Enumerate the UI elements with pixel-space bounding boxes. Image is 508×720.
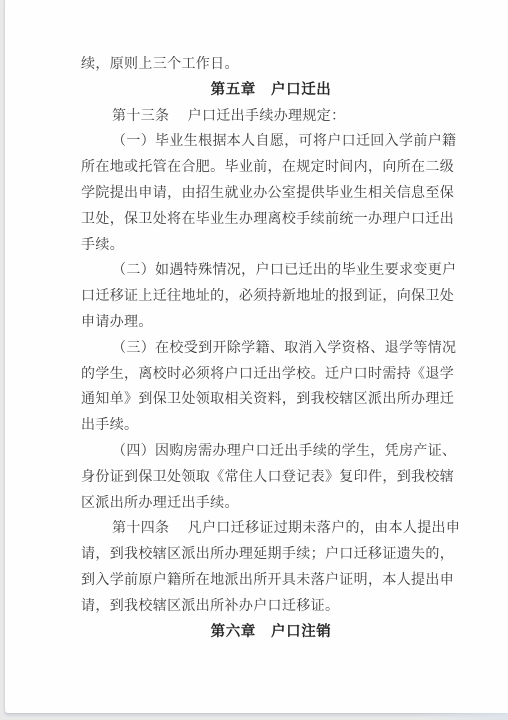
document-page: 续，原则上三个工作日。 第五章 户口迁出 第十三条 户口迁出手续办理规定： （一… — [4, 0, 508, 714]
article-13-title: 第十三条 户口迁出手续办理规定： — [76, 104, 466, 130]
doc-line: 区派出所办理迁出手续。 — [76, 491, 466, 517]
doc-line: 通知单》到保卫处领取相关资料，到我校辖区派出所办理迁 — [76, 387, 466, 413]
doc-line: 口迁移证上迁往地址的，必须持新地址的报到证，向保卫处 — [76, 284, 466, 310]
doc-line: 请，到我校辖区派出所补办户口迁移证。 — [76, 594, 466, 620]
doc-line: （二）如遇特殊情况，户口已迁出的毕业生要求变更户 — [76, 258, 466, 284]
doc-line: 的学生，离校时必须将户口迁出学校。迁户口时需持《退学 — [76, 362, 466, 388]
doc-line: 到入学前原户籍所在地派出所开具未落户证明，本人提出申 — [76, 568, 466, 594]
doc-line: （四）因购房需办理户口迁出手续的学生，凭房产证、 — [76, 439, 466, 465]
doc-line: 学院提出申请，由招生就业办公室提供毕业生相关信息至保 — [76, 181, 466, 207]
doc-line: 续，原则上三个工作日。 — [76, 52, 466, 78]
doc-line: 出手续。 — [76, 413, 466, 439]
chapter-heading-six: 第六章 户口注销 — [76, 620, 466, 646]
doc-line: 申请办理。 — [76, 310, 466, 336]
page-edge-shadow — [418, 713, 508, 720]
doc-line: 卫处，保卫处将在毕业生办理离校手续前统一办理户口迁出 — [76, 207, 466, 233]
document-text-block: 续，原则上三个工作日。 第五章 户口迁出 第十三条 户口迁出手续办理规定： （一… — [76, 52, 466, 645]
chapter-heading-five: 第五章 户口迁出 — [76, 78, 466, 104]
doc-line: （一）毕业生根据本人自愿，可将户口迁回入学前户籍 — [76, 129, 466, 155]
doc-line: 请，到我校辖区派出所办理延期手续；户口迁移证遗失的， — [76, 542, 466, 568]
article-14-start: 第十四条 凡户口迁移证过期未落户的，由本人提出申 — [76, 516, 466, 542]
doc-line: 所在地或托管在合肥。毕业前，在规定时间内，向所在二级 — [76, 155, 466, 181]
doc-line: （三）在校受到开除学籍、取消入学资格、退学等情况 — [76, 336, 466, 362]
doc-line: 手续。 — [76, 233, 466, 259]
doc-line: 身份证到保卫处领取《常住人口登记表》复印件，到我校辖 — [76, 465, 466, 491]
